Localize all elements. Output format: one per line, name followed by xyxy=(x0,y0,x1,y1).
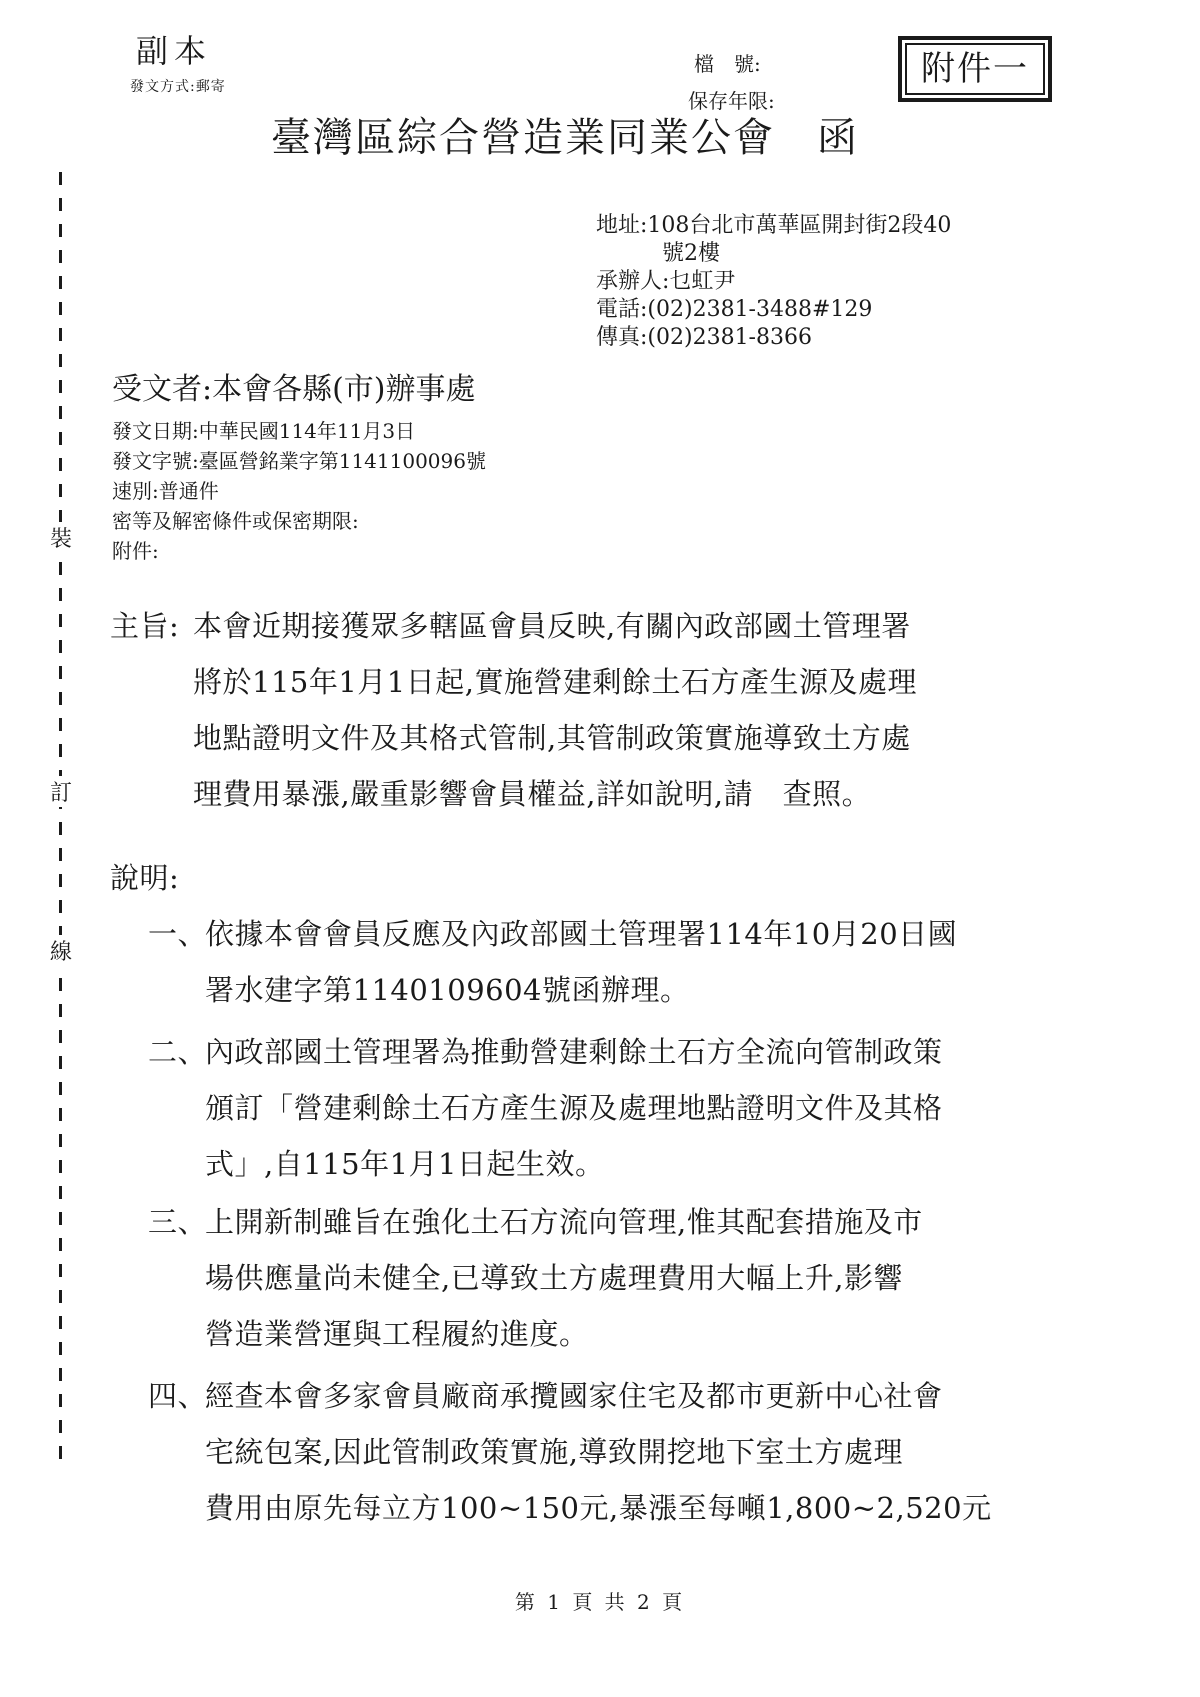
item-number: 二、 xyxy=(148,1024,207,1080)
subject-line: 本會近期接獲眾多轄區會員反映,有關內政部國土管理署 xyxy=(193,598,917,654)
item-line: 式」,自115年1月1日起生效。 xyxy=(205,1136,943,1192)
subject-label: 主旨: xyxy=(110,598,179,654)
item-line: 上開新制雖旨在強化土石方流向管理,惟其配套措施及市 xyxy=(205,1194,923,1250)
address-line-2: 號2樓 xyxy=(662,240,951,268)
document-title: 臺灣區綜合營造業同業公會 函 xyxy=(0,106,1130,163)
binding-mark-xian: 線 xyxy=(48,935,74,966)
item-line: 經查本會多家會員廠商承攬國家住宅及都市更新中心社會 xyxy=(205,1368,992,1424)
description-item-2: 二、 內政部國土管理署為推動營建剩餘土石方全流向管制政策 頒訂「營建剩餘土石方產… xyxy=(148,1024,943,1192)
document-meta-block: 發文日期:中華民國114年11月3日 發文字號:臺區營銘業字第114110009… xyxy=(112,416,486,566)
recipient-line: 受文者:本會各縣(市)辦事處 xyxy=(112,364,476,408)
subject-paragraph: 本會近期接獲眾多轄區會員反映,有關內政部國土管理署 將於115年1月1日起,實施… xyxy=(193,598,917,822)
description-item-4: 四、 經查本會多家會員廠商承攬國家住宅及都市更新中心社會 宅統包案,因此管制政策… xyxy=(148,1368,992,1536)
address-line-1: 地址:108台北市萬華區開封街2段40 xyxy=(596,212,951,240)
item-line: 費用由原先每立方100~150元,暴漲至每噸1,800~2,520元 xyxy=(205,1480,992,1536)
item-line: 內政部國土管理署為推動營建剩餘土石方全流向管制政策 xyxy=(205,1024,943,1080)
subject-line: 地點證明文件及其格式管制,其管制政策實施導致土方處 xyxy=(193,710,917,766)
item-number: 一、 xyxy=(148,906,207,962)
issue-date: 發文日期:中華民國114年11月3日 xyxy=(112,416,486,446)
description-label: 說明: xyxy=(110,850,179,906)
description-item-3: 三、 上開新制雖旨在強化土石方流向管理,惟其配套措施及市 場供應量尚未健全,已導… xyxy=(148,1194,923,1362)
item-number: 四、 xyxy=(148,1368,207,1424)
issue-number: 發文字號:臺區營銘業字第1141100096號 xyxy=(112,446,486,476)
attachment-one-stamp: 附件一 xyxy=(898,36,1052,102)
speed-class: 速別:普通件 xyxy=(112,476,486,506)
file-number-label: 檔 號: xyxy=(694,48,761,77)
delivery-method: 發文方式:郵寄 xyxy=(130,76,226,96)
security-class: 密等及解密條件或保密期限: xyxy=(112,506,486,536)
binding-dashed-line xyxy=(59,172,62,1462)
subject-line: 將於115年1月1日起,實施營建剩餘土石方產生源及處理 xyxy=(193,654,917,710)
item-line: 頒訂「營建剩餘土石方產生源及處理地點證明文件及其格 xyxy=(205,1080,943,1136)
item-line: 署水建字第1140109604號函辦理。 xyxy=(205,962,957,1018)
item-line: 營造業營運與工程履約進度。 xyxy=(205,1306,923,1362)
sender-contact-block: 地址:108台北市萬華區開封街2段40 號2樓 承辦人:乜虹尹 電話:(02)2… xyxy=(596,212,951,352)
binding-mark-ding: 訂 xyxy=(48,776,74,807)
page-number-footer: 第 1 頁 共 2 頁 xyxy=(0,1586,1200,1615)
attachment-one-stamp-text: 附件一 xyxy=(905,43,1045,95)
subject-line: 理費用暴漲,嚴重影響會員權益,詳如說明,請 查照。 xyxy=(193,766,917,822)
document-page: 副本 發文方式:郵寄 檔 號: 保存年限: 附件一 臺灣區綜合營造業同業公會 函… xyxy=(0,0,1200,1697)
copy-label: 副本 xyxy=(136,26,212,72)
contact-fax: 傳真:(02)2381-8366 xyxy=(596,324,951,352)
item-line: 宅統包案,因此管制政策實施,導致開挖地下室土方處理 xyxy=(205,1424,992,1480)
item-number: 三、 xyxy=(148,1194,207,1250)
item-line: 場供應量尚未健全,已導致土方處理費用大幅上升,影響 xyxy=(205,1250,923,1306)
attachment-field: 附件: xyxy=(112,536,486,566)
contact-phone: 電話:(02)2381-3488#129 xyxy=(596,296,951,324)
item-line: 依據本會會員反應及內政部國土管理署114年10月20日國 xyxy=(205,906,957,962)
contact-person: 承辦人:乜虹尹 xyxy=(596,268,951,296)
description-item-1: 一、 依據本會會員反應及內政部國土管理署114年10月20日國 署水建字第114… xyxy=(148,906,957,1018)
binding-mark-zhuang: 裝 xyxy=(48,522,74,553)
